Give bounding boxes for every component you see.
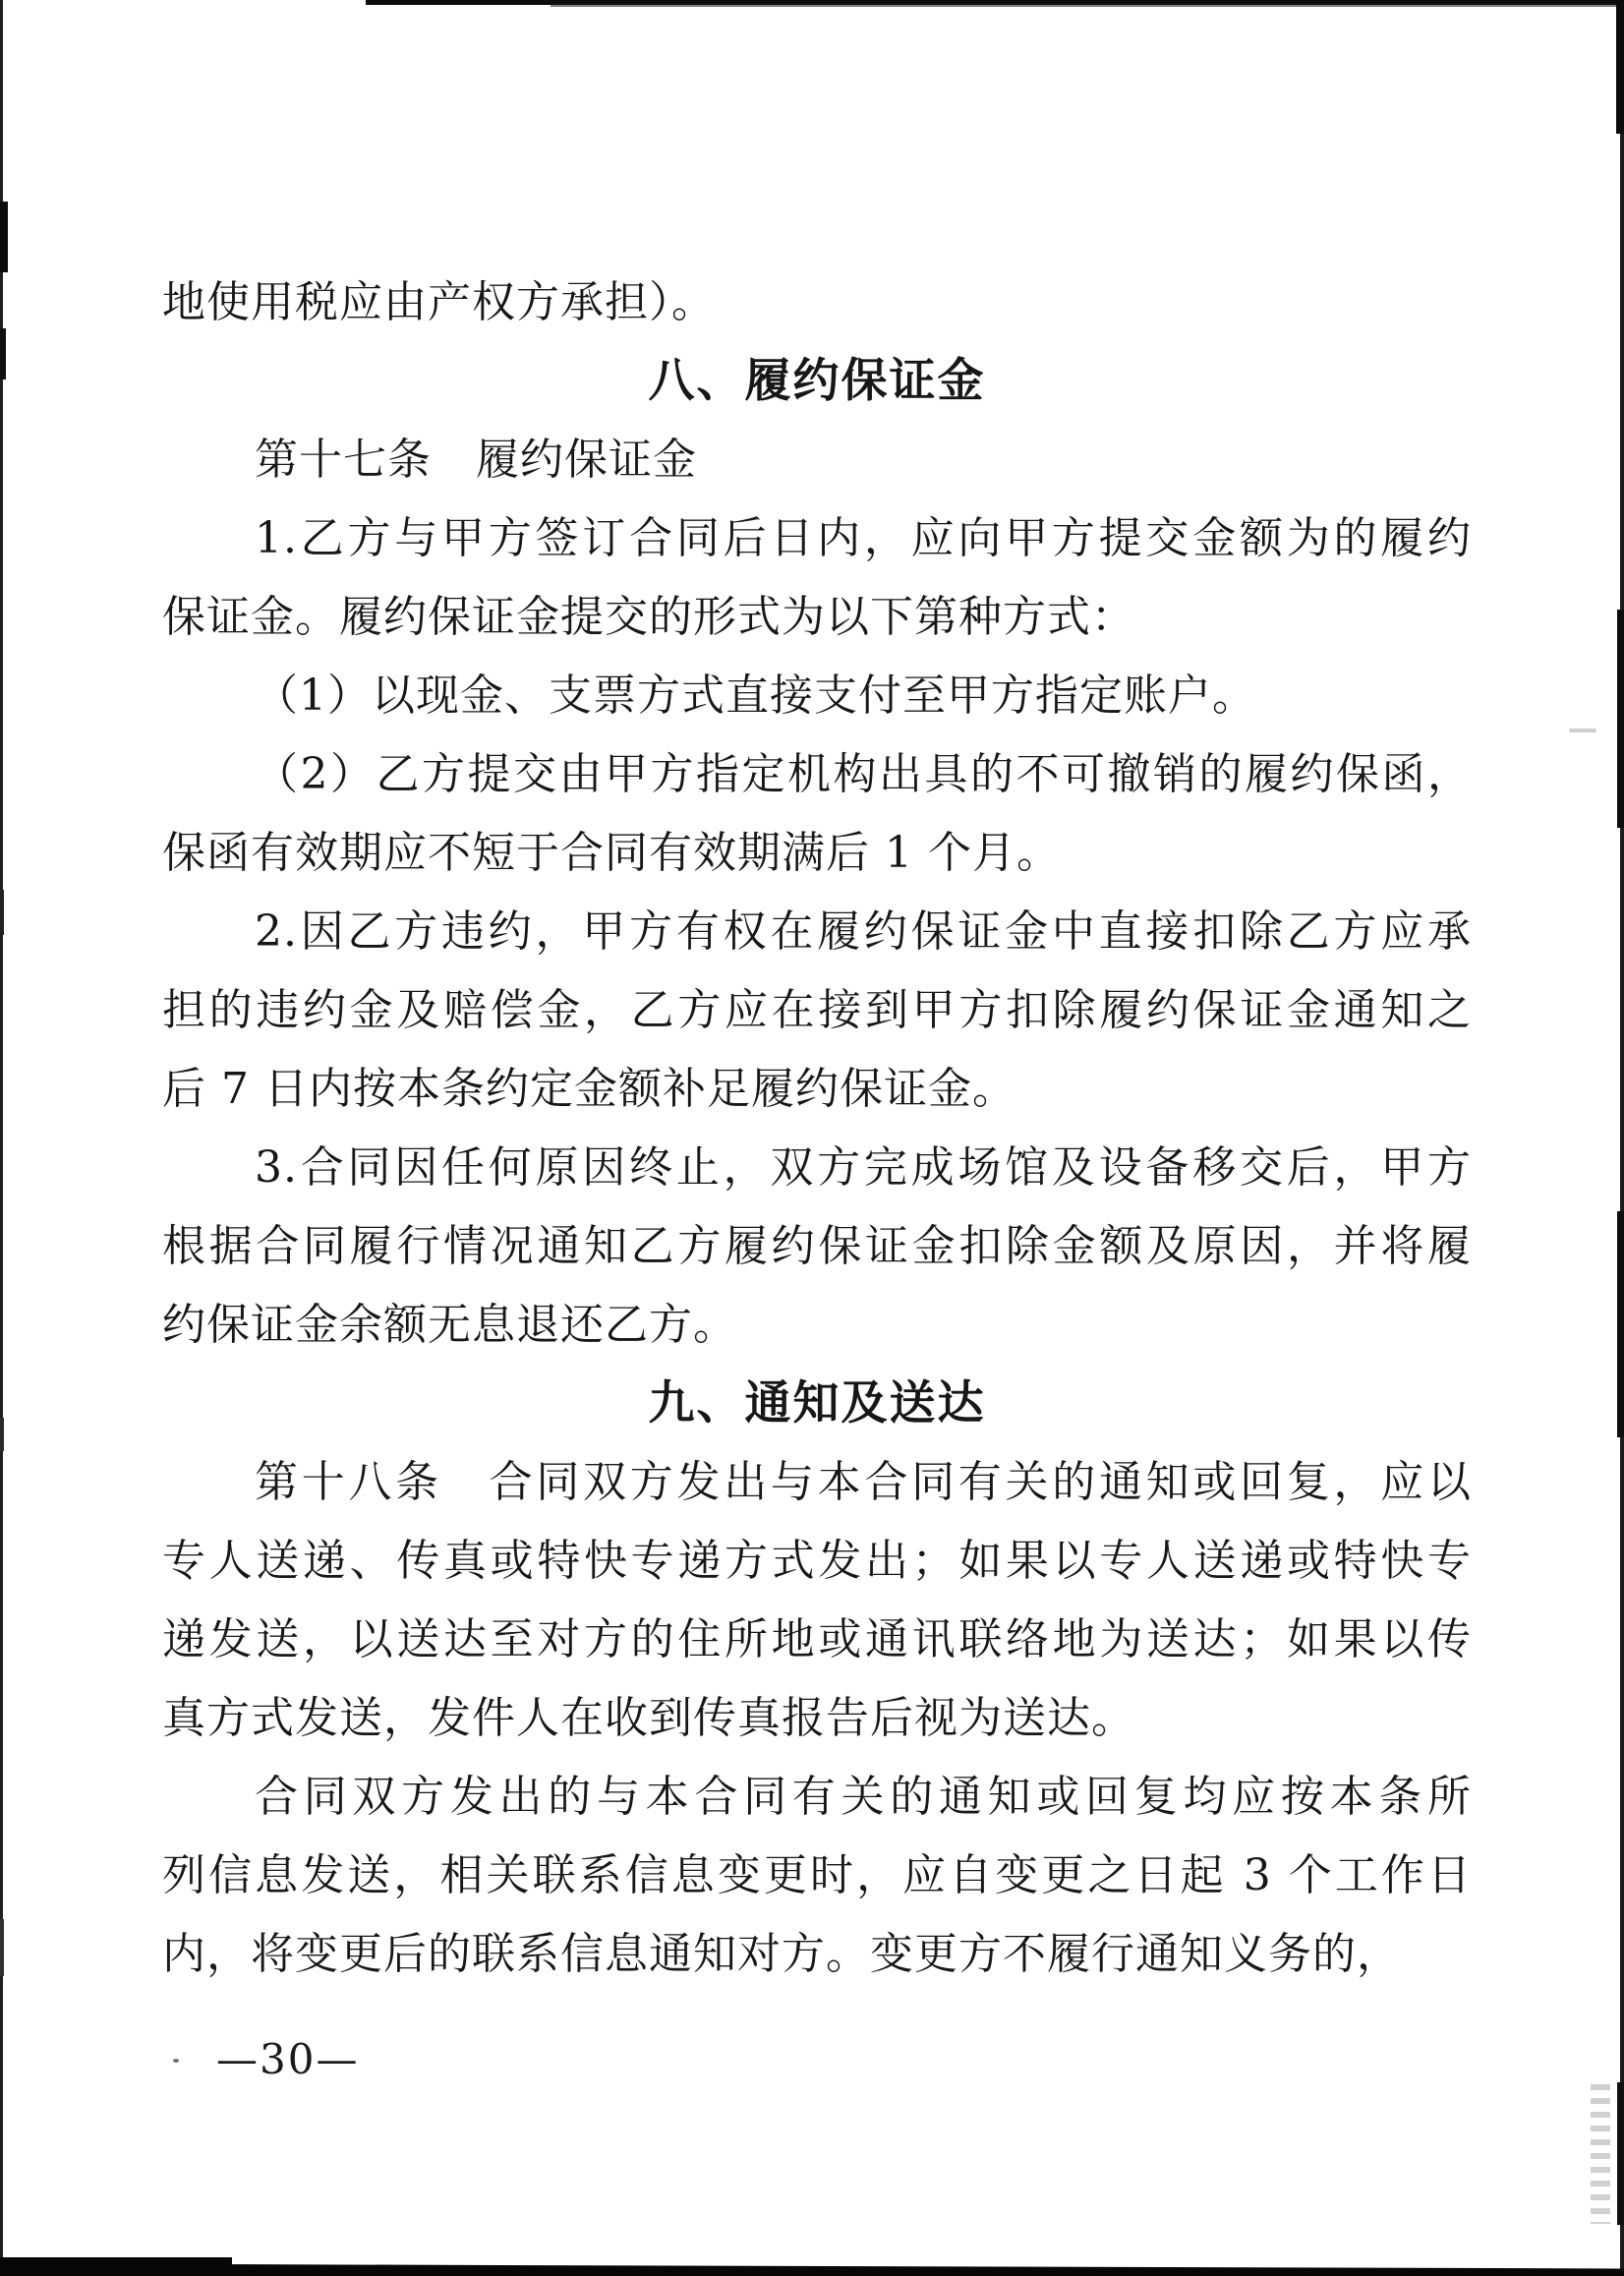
section-heading-notice-delivery: 九、通知及送达 [162,1365,1472,1443]
scan-speck [173,2059,179,2063]
text-line: 真方式发送，发件人在收到传真报告后视为送达。 [162,1679,1472,1758]
text-line: 列信息发送，相关联系信息变更时，应自变更之日起 3 个工作日 [162,1837,1472,1915]
text-line: 专人送递、传真或特快专递方式发出；如果以专人送递或特快专 [162,1522,1472,1601]
scan-edge-left-blob [0,328,6,379]
scan-edge-left-dash [0,1919,4,1976]
text-line: 担的违约金及赔偿金，乙方应在接到甲方扣除履约保证金通知之 [162,971,1472,1050]
scan-edge-left-dash [0,890,4,935]
scan-edge-right-line [1620,0,1624,2276]
scan-edge-left-blob [0,202,8,272]
text-line: 3.合同因任何原因终止，双方完成场馆及设备移交后，甲方 [162,1129,1472,1207]
clause-18-line: 第十八条 合同双方发出与本合同有关的通知或回复，应以 [162,1443,1472,1522]
text-line: 2.因乙方违约，甲方有权在履约保证金中直接扣除乙方应承 [162,893,1472,971]
text-line: 约保证金余额无息退还乙方。 [162,1286,1472,1365]
clause-17-title: 第十七条 履约保证金 [162,421,1472,499]
text-line: 保函有效期应不短于合同有效期满后 1 个月。 [162,814,1472,893]
page-number: —30— [216,2027,359,2092]
scan-edge-top-line-shadow [551,4,1624,7]
text-line: 地使用税应由产权方承担）。 [162,263,1472,342]
text-line: 递发送，以送达至对方的住所地或通讯联络地为送达；如果以传 [162,1601,1472,1679]
text-line: （1）以现金、支票方式直接支付至甲方指定账户。 [162,657,1472,735]
scan-edge-left-dash [0,1418,4,1451]
document-body: 地使用税应由产权方承担）。 八、履约保证金 第十七条 履约保证金 1.乙方与甲方… [162,263,1472,1994]
text-line: 后 7 日内按本条约定金额补足履约保证金。 [162,1050,1472,1129]
scanned-contract-page: 地使用税应由产权方承担）。 八、履约保证金 第十七条 履约保证金 1.乙方与甲方… [0,0,1624,2276]
scan-edge-right-segment [1616,0,1624,134]
scan-scratch [1569,729,1596,732]
scan-edge-right-segment [1617,610,1624,828]
text-line: 保证金。履约保证金提交的形式为以下第种方式： [162,578,1472,657]
scan-edge-left-line [0,0,3,2263]
section-heading-performance-bond: 八、履约保证金 [162,342,1472,421]
text-line: 根据合同履行情况通知乙方履约保证金扣除金额及原因，并将履 [162,1207,1472,1286]
scan-smudge [1591,2084,1610,2224]
text-line: 1.乙方与甲方签订合同后日内，应向甲方提交金额为的履约 [162,499,1472,578]
text-line: （2）乙方提交由甲方指定机构出具的不可撤销的履约保函， [162,735,1472,814]
scan-edge-top-line [366,0,1624,5]
scan-edge-bottom-band [0,2258,1624,2276]
scan-edge-right-segment [1617,2082,1624,2225]
scan-edge-bottom-band-left [0,2257,232,2276]
scan-edge-right-segment [1617,1211,1624,1437]
text-line: 合同双方发出的与本合同有关的通知或回复均应按本条所 [162,1758,1472,1837]
text-line: 内，将变更后的联系信息通知对方。变更方不履行通知义务的， [162,1915,1472,1994]
